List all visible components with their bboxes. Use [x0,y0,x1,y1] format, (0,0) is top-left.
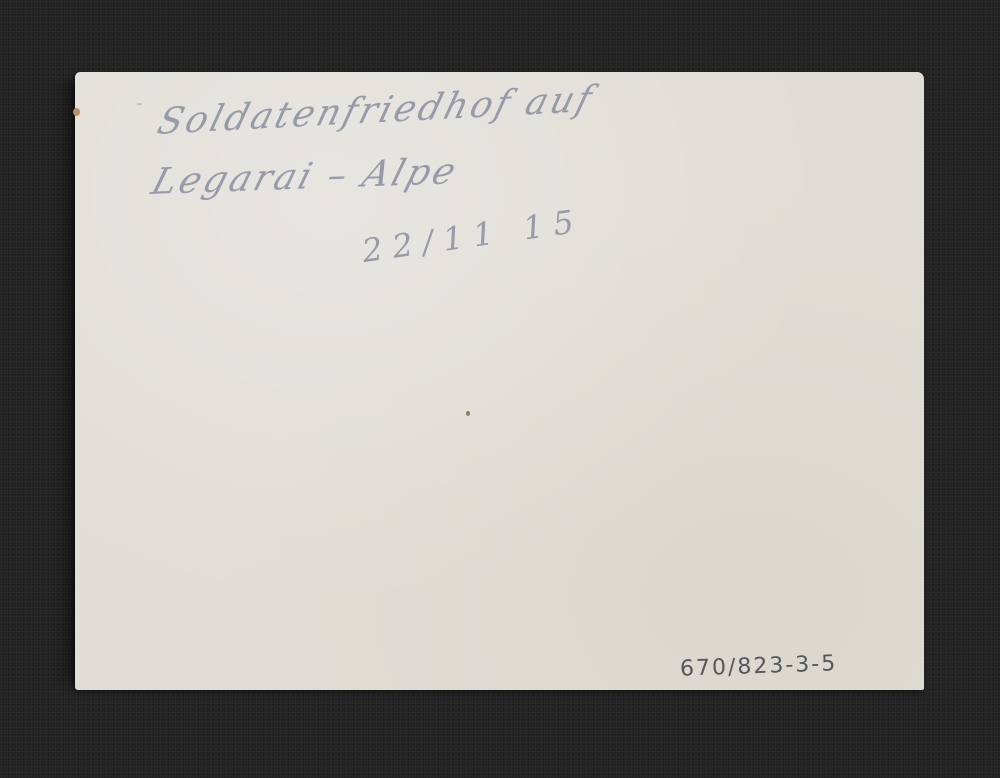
handwritten-date: 22/11 15 [360,201,586,270]
handwritten-caption-line-2: Legarai – Alpe [147,151,463,203]
rust-stain [73,108,80,116]
paper-speck [466,411,470,416]
paper-mark [137,103,142,105]
catalog-number: 670/823-3-5 [680,651,838,681]
photo-card-back: Soldatenfriedhof auf Legarai – Alpe 22/1… [75,72,924,690]
handwritten-caption-line-1: Soldatenfriedhof auf [153,79,599,143]
